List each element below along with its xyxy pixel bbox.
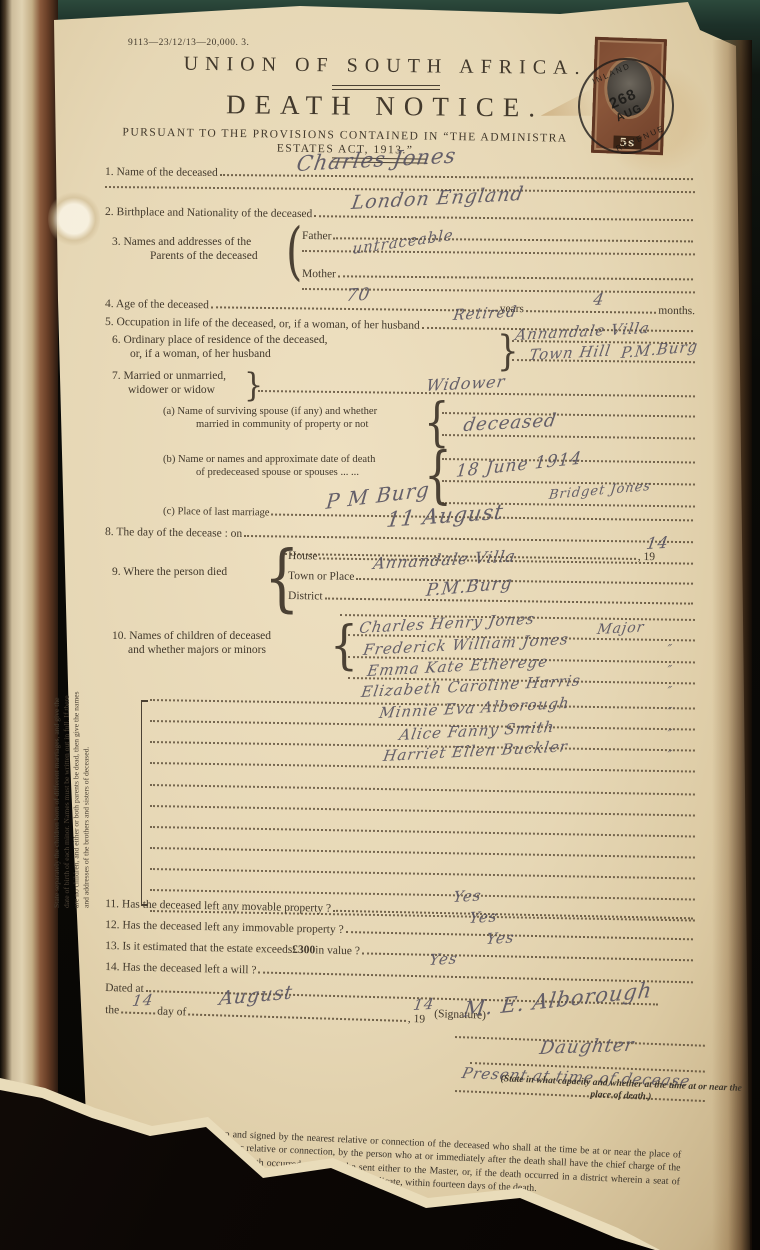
handwriting-child-status: ″ [666, 748, 674, 762]
blank-line [150, 826, 695, 838]
handwriting-movable: Yes [452, 886, 483, 906]
handwriting-child-status: ″ [666, 684, 674, 698]
field-3-label2: Parents of the deceased [150, 250, 258, 263]
field-b-label2: of predeceased spouse or spouses ... ... [196, 467, 359, 479]
blank-line [150, 889, 695, 901]
handwriting-immovable: Yes [468, 907, 499, 927]
mother-line: Mother [302, 268, 695, 284]
field-12-immovable: 12. Has the deceased left any immovable … [105, 919, 695, 944]
field-4-age: 4. Age of the deceased years months. [105, 298, 695, 318]
handwriting-will: Yes [428, 949, 459, 969]
handwriting-child-status: Major [596, 619, 646, 638]
handwriting-spouse: deceased [462, 410, 558, 436]
handwriting-child-status: ″ [666, 705, 674, 719]
bracket: { [330, 615, 358, 676]
field-7-label: 7. Married or unmarried, [112, 370, 226, 383]
field-13-estate-value: 13. Is it estimated that the estate exce… [105, 940, 695, 965]
print-code: 9113—23/12/13—20,000. 3. [128, 38, 249, 49]
handwriting-year: 14 [412, 995, 436, 1014]
handwriting-child-status: ″ [666, 642, 674, 656]
day-of-line: the day of , 19 [105, 1004, 425, 1026]
estate-amount: £300 [292, 944, 315, 957]
field-a-label2: married in community of property or not [196, 419, 368, 431]
children-margin-note: State separately the children born of di… [52, 688, 110, 908]
field-9-label: 9. Where the person died [112, 566, 227, 579]
blank-line [150, 868, 695, 880]
blank-line [150, 847, 695, 859]
field-7-label2: widower or widow [128, 384, 215, 397]
field-3-label: 3. Names and addresses of the [112, 236, 251, 249]
bracket: ( [286, 214, 302, 288]
handwriting-marital: Widower [425, 372, 507, 395]
field-6-label: 6. Ordinary place of residence of the de… [112, 334, 328, 347]
child-line [150, 762, 695, 773]
handwriting-occupation: Retired [452, 302, 518, 324]
field-b-label: (b) Name or names and approximate date o… [163, 454, 375, 466]
field-a-label: (a) Name of surviving spouse (if any) an… [163, 406, 377, 418]
blank-line [442, 480, 695, 486]
bracket: } [244, 366, 263, 405]
handwriting-predeceased-date: 18 June 1914 [455, 448, 583, 482]
handwriting-age-years: 70 [345, 285, 372, 306]
handwriting-child-status: ″ [666, 727, 674, 741]
handwriting-death-year: 14 [645, 533, 670, 553]
divider-rule [332, 85, 440, 90]
field-6-label2: or, if a woman, of her husband [130, 348, 271, 361]
country-title: UNION OF SOUTH AFRICA. [110, 52, 660, 80]
handwriting-capacity: Daughter [538, 1035, 636, 1059]
field-10-label: 10. Names of children of deceased [112, 630, 271, 643]
handwriting-signature: M. E. Alborough [462, 978, 654, 1022]
handwriting-day: 14 [131, 991, 155, 1010]
blank-line [150, 784, 695, 796]
handwriting-estate: Yes [485, 928, 516, 948]
handwriting-child-status: ″ [666, 663, 674, 677]
field-11-movable: 11. Has the deceased left any movable pr… [105, 898, 695, 923]
death-notice-form: 9113—23/12/13—20,000. 3. UNION OF SOUTH … [0, 0, 760, 1250]
children-bracket [141, 700, 148, 906]
field-10-label2: and whether majors or minors [128, 644, 266, 657]
death-notice-photograph: 9113—23/12/13—20,000. 3. UNION OF SOUTH … [0, 0, 760, 1250]
blank-line [150, 805, 695, 817]
